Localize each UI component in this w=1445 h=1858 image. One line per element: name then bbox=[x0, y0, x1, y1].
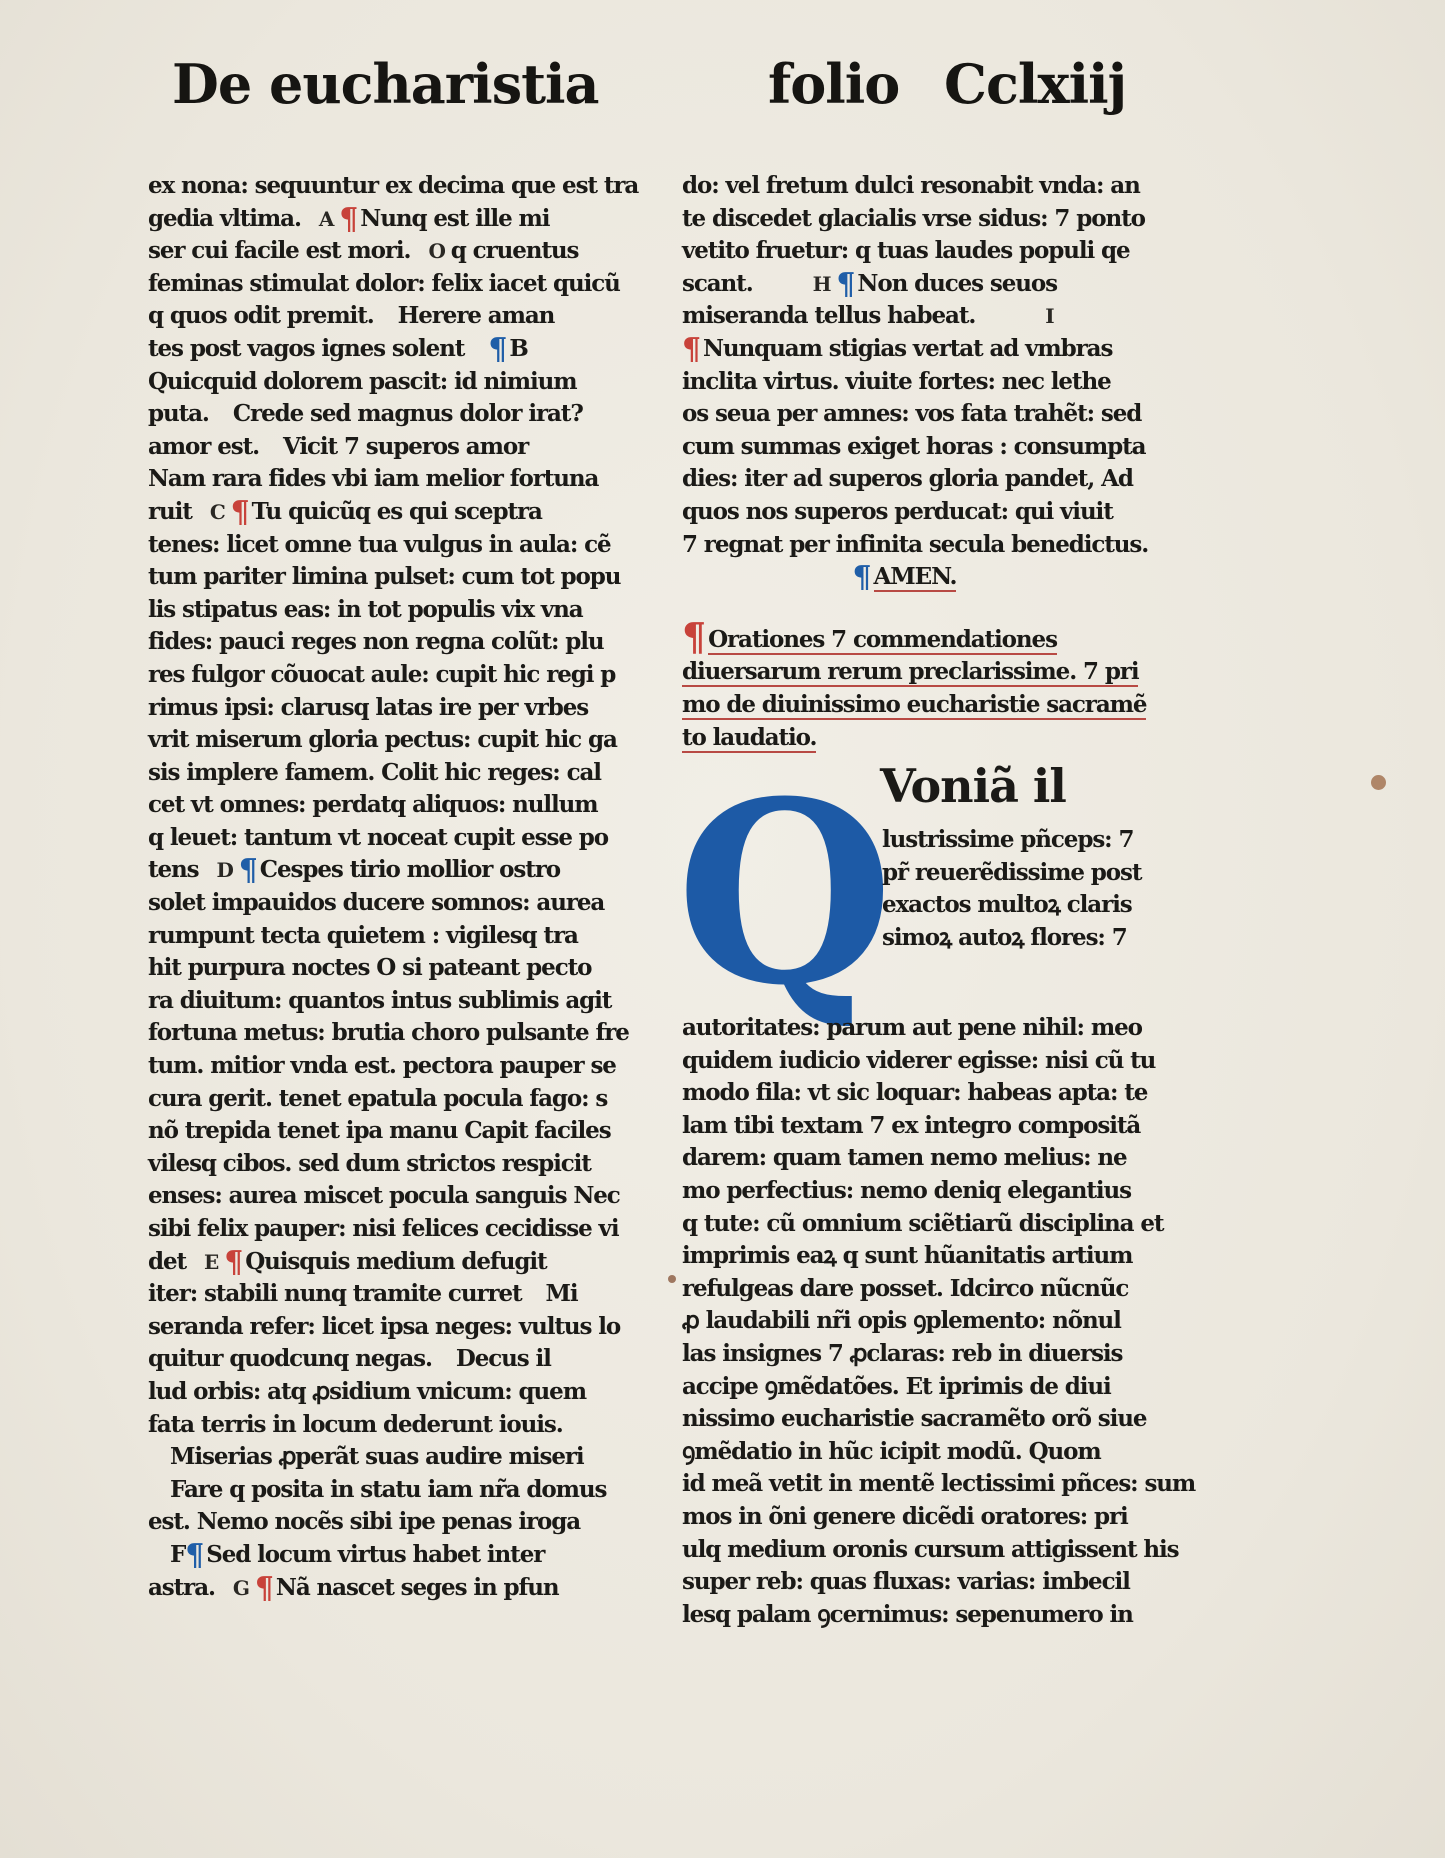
line-text: vetito fruetur: q tuas laudes populi qe bbox=[682, 237, 1130, 264]
text-line: q leuet: tantum vt noceat cupit esse po bbox=[148, 822, 593, 855]
text-line: hit purpura noctes O si pateant pecto bbox=[148, 952, 593, 985]
line-text: rimus ipsi: clarusq latas ire per vrbes bbox=[148, 694, 588, 721]
line-text: mos in õni genere dicẽdi oratores: pri bbox=[682, 1503, 1128, 1530]
text-line: imprimis eaꝝ q sunt hũanitatis artium bbox=[682, 1240, 1127, 1273]
line-text: Cespes tirio mollior ostro bbox=[260, 856, 560, 883]
line-text: do: vel fretum dulci resonabit vnda: an bbox=[682, 172, 1140, 199]
text-line: tum pariter limina pulset: cum tot popu bbox=[148, 561, 593, 594]
line-text: Decus il bbox=[456, 1345, 551, 1372]
guide-letter: B bbox=[509, 335, 527, 362]
text-line: dies: iter ad superos gloria pandet, Ad bbox=[682, 463, 1127, 496]
text-line: astra.G¶Nã nascet seges in pfun bbox=[148, 1572, 593, 1605]
line-text: lustrissime pñceps: 7 bbox=[882, 826, 1133, 853]
text-line: vilesq cibos. sed dum strictos respicit bbox=[148, 1148, 593, 1181]
text-line: exactos multoꝝ claris bbox=[882, 889, 1141, 922]
line-text: Fare q posita in statu iam nr̃a domus bbox=[170, 1476, 606, 1503]
line-text: 7 regnat per infinita secula benedictus. bbox=[682, 531, 1148, 558]
text-line: Nam rara fides vbi iam melior fortuna bbox=[148, 463, 593, 496]
line-text: las insignes 7 ꝓclaras: reb in diuersis bbox=[682, 1340, 1122, 1367]
red-paragraph-mark-icon: ¶ bbox=[682, 627, 705, 647]
line-text: vrit miserum gloria pectus: cupit hic ga bbox=[148, 726, 617, 753]
text-line: mos in õni genere dicẽdi oratores: pri bbox=[682, 1501, 1127, 1534]
rubric-heading-line: diuersarum rerum preclarissime. 7 pri bbox=[682, 656, 1127, 689]
blue-initial-q: Q bbox=[676, 778, 893, 1008]
line-text: ser cui facile est mori. bbox=[148, 237, 410, 264]
line-text: Miserias ꝓperãt suas audire miseri bbox=[170, 1443, 584, 1470]
text-line: lud orbis: atq ꝓsidium vnicum: quem bbox=[148, 1376, 593, 1409]
line-text: tens bbox=[148, 856, 199, 883]
line-text: q cruentus bbox=[451, 237, 579, 264]
line-text: pr̃ reuerẽdissime post bbox=[882, 859, 1141, 886]
guide-letter: G bbox=[233, 1576, 249, 1600]
text-line: lis stipatus eas: in tot populis vix vna bbox=[148, 594, 593, 627]
line-text: vilesq cibos. sed dum strictos respicit bbox=[148, 1150, 591, 1177]
guide-letter: E bbox=[204, 1250, 218, 1274]
guide-letter: F bbox=[170, 1541, 185, 1568]
text-line: ulq medium oronis cursum attigissent his bbox=[682, 1534, 1127, 1567]
line-text: rumpunt tecta quietem : vigilesq tra bbox=[148, 922, 578, 949]
line-text: ulq medium oronis cursum attigissent his bbox=[682, 1536, 1178, 1563]
line-text: q leuet: tantum vt noceat cupit esse po bbox=[148, 824, 608, 851]
text-line: inclita virtus. viuite fortes: nec lethe bbox=[682, 366, 1127, 399]
text-line: nissimo eucharistie sacramẽto orõ siue bbox=[682, 1403, 1127, 1436]
text-line: est. Nemo nocẽs sibi ipe penas iroga bbox=[148, 1506, 593, 1539]
guide-letter: O bbox=[428, 239, 444, 263]
text-line: 7 regnat per infinita secula benedictus. bbox=[682, 529, 1127, 562]
line-text: Vicit 7 superos amor bbox=[283, 433, 528, 460]
text-line: id meã vetit in mentẽ lectissimi pñces: … bbox=[682, 1468, 1127, 1501]
blue-paragraph-mark-icon: ¶ bbox=[853, 568, 871, 588]
red-paragraph-mark-icon: ¶ bbox=[231, 503, 249, 523]
line-text: exactos multoꝝ claris bbox=[882, 891, 1132, 918]
line-text: fides: pauci reges non regna colũt: plu bbox=[148, 628, 604, 655]
text-line: F¶Sed locum virtus habet inter bbox=[148, 1539, 593, 1572]
text-line: tum. mitior vnda est. pectora pauper se bbox=[148, 1050, 593, 1083]
text-line: quitur quodcunq negas.Decus il bbox=[148, 1343, 593, 1376]
rubric-heading-line: ¶Orationes 7 commendationes bbox=[682, 624, 1127, 657]
text-line: ruitC¶Tu quicũq es qui sceptra bbox=[148, 496, 593, 529]
blue-paragraph-mark-icon: ¶ bbox=[185, 1546, 203, 1566]
text-line: simoꝝ autoꝝ flores: 7 bbox=[882, 922, 1141, 955]
line-text: cet vt omnes: perdatq aliquos: nullum bbox=[148, 791, 598, 818]
text-line: vetito fruetur: q tuas laudes populi qe bbox=[682, 235, 1127, 268]
red-paragraph-mark-icon: ¶ bbox=[339, 210, 357, 230]
folio-label: folio bbox=[768, 52, 899, 116]
text-line: ꝯmẽdatio in hũc icipit modũ. Quom bbox=[682, 1436, 1127, 1469]
line-text: quos nos superos perducat: qui viuit bbox=[682, 498, 1113, 525]
line-text: cura gerit. tenet epatula pocula fago: s bbox=[148, 1085, 607, 1112]
line-text: mo perfectius: nemo deniq elegantius bbox=[682, 1177, 1131, 1204]
guide-letter: A bbox=[319, 207, 333, 231]
incunable-page: De eucharistia folio Cclxiij ex nona: se… bbox=[0, 0, 1445, 1858]
line-text: ꝓ laudabili nr̃i opis ꝯplemento: nõnul bbox=[682, 1307, 1121, 1334]
dropcap-wrapped-lines: lustrissime pñceps: 7 pr̃ reuerẽdissime … bbox=[882, 824, 1141, 954]
line-text: id meã vetit in mentẽ lectissimi pñces: … bbox=[682, 1470, 1195, 1497]
line-text: tum. mitior vnda est. pectora pauper se bbox=[148, 1052, 616, 1079]
text-line: ser cui facile est mori.Oq cruentus bbox=[148, 235, 593, 268]
line-text: res fulgor cõuocat aule: cupit hic regi … bbox=[148, 661, 615, 688]
text-line: pr̃ reuerẽdissime post bbox=[882, 857, 1141, 890]
amen-text: AMEN. bbox=[874, 563, 957, 592]
text-line: fortuna metus: brutia choro pulsante fre bbox=[148, 1017, 593, 1050]
text-line: lesq palam ꝯcernimus: sepenumero in bbox=[682, 1599, 1127, 1632]
line-text: amor est. bbox=[148, 433, 259, 460]
text-line: miseranda tellus habeat.I bbox=[682, 300, 1127, 333]
line-text: inclita virtus. viuite fortes: nec lethe bbox=[682, 368, 1111, 395]
text-line: Miserias ꝓperãt suas audire miseri bbox=[148, 1441, 593, 1474]
line-text: Sed locum virtus habet inter bbox=[206, 1541, 544, 1568]
line-text: feminas stimulat dolor: felix iacet quic… bbox=[148, 270, 620, 297]
blue-paragraph-mark-icon: ¶ bbox=[488, 340, 506, 360]
heading-text: diuersarum rerum preclarissime. 7 pri bbox=[682, 658, 1138, 687]
text-line: solet impauidos ducere somnos: aurea bbox=[148, 887, 593, 920]
right-text-column: do: vel fretum dulci resonabit vnda: an … bbox=[682, 170, 1127, 1631]
line-text: lud orbis: atq ꝓsidium vnicum: quem bbox=[148, 1378, 586, 1405]
text-line: nõ trepida tenet ipa manu Capit faciles bbox=[148, 1115, 593, 1148]
text-line: rumpunt tecta quietem : vigilesq tra bbox=[148, 920, 593, 953]
line-text: solet impauidos ducere somnos: aurea bbox=[148, 889, 604, 916]
line-text: imprimis eaꝝ q sunt hũanitatis artium bbox=[682, 1242, 1132, 1269]
left-text-column: ex nona: sequuntur ex decima que est tra… bbox=[148, 170, 593, 1604]
text-line: sis implere famem. Colit hic reges: cal bbox=[148, 757, 593, 790]
line-text: lis stipatus eas: in tot populis vix vna bbox=[148, 596, 583, 623]
text-line: tensD¶Cespes tirio mollior ostro bbox=[148, 854, 593, 887]
text-line: sibi felix pauper: nisi felices cecidiss… bbox=[148, 1213, 593, 1246]
text-line: gedia vltima.A¶Nunq est ille mi bbox=[148, 203, 593, 236]
line-text: os seua per amnes: vos fata trahẽt: sed bbox=[682, 400, 1141, 427]
text-line: rimus ipsi: clarusq latas ire per vrbes bbox=[148, 692, 593, 725]
heading-text: mo de diuinissimo eucharistie sacramẽ bbox=[682, 691, 1146, 720]
text-line: detE¶Quisquis medium defugit bbox=[148, 1246, 593, 1279]
text-line: fata terris in locum dederunt iouis. bbox=[148, 1409, 593, 1442]
line-text: lam tibi textam 7 ex integro compositã bbox=[682, 1112, 1140, 1139]
line-text: fortuna metus: brutia choro pulsante fre bbox=[148, 1019, 629, 1046]
text-line: autoritates: parum aut pene nihil: meo bbox=[682, 1012, 1127, 1045]
paper-stain bbox=[1371, 775, 1386, 790]
line-text: enses: aurea miscet pocula sanguis Nec bbox=[148, 1182, 620, 1209]
text-line: Quicquid dolorem pascit: id nimium bbox=[148, 366, 593, 399]
line-text: ꝯmẽdatio in hũc icipit modũ. Quom bbox=[682, 1438, 1101, 1465]
spacer bbox=[682, 594, 1127, 624]
line-text: autoritates: parum aut pene nihil: meo bbox=[682, 1014, 1142, 1041]
text-line: lam tibi textam 7 ex integro compositã bbox=[682, 1110, 1127, 1143]
amen-line: ¶AMEN. bbox=[682, 561, 1127, 594]
line-text: cum summas exiget horas : consumpta bbox=[682, 433, 1145, 460]
line-text: tes post vagos ignes solent bbox=[148, 335, 464, 362]
text-line: tes post vagos ignes solent¶B bbox=[148, 333, 593, 366]
line-text: super reb: quas fluxas: varias: imbecil bbox=[682, 1568, 1130, 1595]
line-text: miseranda tellus habeat. bbox=[682, 302, 975, 329]
heading-text: Orationes 7 commendationes bbox=[708, 626, 1057, 655]
text-line: ex nona: sequuntur ex decima que est tra bbox=[148, 170, 593, 203]
line-text: Crede sed magnus dolor irat? bbox=[233, 400, 583, 427]
line-text: det bbox=[148, 1248, 186, 1275]
red-paragraph-mark-icon: ¶ bbox=[255, 1579, 273, 1599]
text-line: ra diuitum: quantos intus sublimis agit bbox=[148, 985, 593, 1018]
text-line: os seua per amnes: vos fata trahẽt: sed bbox=[682, 398, 1127, 431]
rubric-heading-line: mo de diuinissimo eucharistie sacramẽ bbox=[682, 689, 1127, 722]
running-head-title: De eucharistia bbox=[172, 52, 599, 116]
line-text: q quos odit premit. bbox=[148, 302, 374, 329]
text-line: fides: pauci reges non regna colũt: plu bbox=[148, 626, 593, 659]
line-text: est. Nemo nocẽs sibi ipe penas iroga bbox=[148, 1508, 580, 1535]
text-line: amor est.Vicit 7 superos amor bbox=[148, 431, 593, 464]
guide-letter: D bbox=[217, 858, 233, 882]
text-line: cet vt omnes: perdatq aliquos: nullum bbox=[148, 789, 593, 822]
line-text: scant. bbox=[682, 270, 753, 297]
text-line: vrit miserum gloria pectus: cupit hic ga bbox=[148, 724, 593, 757]
line-text: ex nona: sequuntur ex decima que est tra bbox=[148, 172, 638, 199]
line-text: refulgeas dare posset. Idcirco nũcnũc bbox=[682, 1275, 1128, 1302]
text-line: las insignes 7 ꝓclaras: reb in diuersis bbox=[682, 1338, 1127, 1371]
line-text: Nam rara fides vbi iam melior fortuna bbox=[148, 465, 598, 492]
text-line: cura gerit. tenet epatula pocula fago: s bbox=[148, 1083, 593, 1116]
line-text: O si pateant pecto bbox=[376, 954, 591, 981]
line-text: hit purpura noctes bbox=[148, 954, 369, 981]
text-line: puta.Crede sed magnus dolor irat? bbox=[148, 398, 593, 431]
line-text: quitur quodcunq negas. bbox=[148, 1345, 432, 1372]
line-text: sibi felix pauper: nisi felices cecidiss… bbox=[148, 1215, 618, 1242]
line-text: darem: quam tamen nemo melius: ne bbox=[682, 1144, 1127, 1171]
text-line: Fare q posita in statu iam nr̃a domus bbox=[148, 1474, 593, 1507]
line-text: nissimo eucharistie sacramẽto orõ siue bbox=[682, 1405, 1146, 1432]
text-line: scant.H¶Non duces seuos bbox=[682, 268, 1127, 301]
line-text: Non duces seuos bbox=[857, 270, 1057, 297]
text-line: modo fila: vt sic loquar: habeas apta: t… bbox=[682, 1077, 1127, 1110]
dropcap-block: Q Voniã il lustrissime pñceps: 7 pr̃ reu… bbox=[682, 784, 1127, 1012]
text-line: iter: stabili nunq tramite curretMi bbox=[148, 1278, 593, 1311]
text-line: quidem iudicio viderer egisse: nisi cũ t… bbox=[682, 1045, 1127, 1078]
line-text: Quicquid dolorem pascit: id nimium bbox=[148, 368, 577, 395]
text-line: lustrissime pñceps: 7 bbox=[882, 824, 1141, 857]
guide-letter: H bbox=[813, 272, 831, 296]
text-line: tenes: licet omne tua vulgus in aula: cẽ bbox=[148, 529, 593, 562]
line-text: tum pariter limina pulset: cum tot popu bbox=[148, 563, 620, 590]
red-paragraph-mark-icon: ¶ bbox=[682, 340, 700, 360]
line-text: modo fila: vt sic loquar: habeas apta: t… bbox=[682, 1079, 1147, 1106]
guide-letter: I bbox=[1045, 304, 1053, 328]
text-line: cum summas exiget horas : consumpta bbox=[682, 431, 1127, 464]
line-text: lesq palam ꝯcernimus: sepenumero in bbox=[682, 1601, 1133, 1628]
line-text: te discedet glacialis vrse sidus: 7 pont… bbox=[682, 205, 1145, 232]
line-text: seranda refer: licet ipsa neges: vultus … bbox=[148, 1313, 620, 1340]
text-line: super reb: quas fluxas: varias: imbecil bbox=[682, 1566, 1127, 1599]
text-line: te discedet glacialis vrse sidus: 7 pont… bbox=[682, 203, 1127, 236]
text-line: enses: aurea miscet pocula sanguis Nec bbox=[148, 1180, 593, 1213]
line-text: accipe ꝯmẽdatões. Et iprimis de diui bbox=[682, 1373, 1111, 1400]
line-text: sis implere famem. Colit hic reges: cal bbox=[148, 759, 601, 786]
text-line: q tute: cũ omnium sciẽtiarũ disciplina e… bbox=[682, 1208, 1127, 1241]
red-paragraph-mark-icon: ¶ bbox=[224, 1253, 242, 1273]
text-line: refulgeas dare posset. Idcirco nũcnũc bbox=[682, 1273, 1127, 1306]
line-text: Mi bbox=[546, 1280, 578, 1307]
guide-letter: C bbox=[210, 500, 225, 524]
line-text: fata terris in locum dederunt iouis. bbox=[148, 1411, 563, 1438]
line-text: puta. bbox=[148, 400, 209, 427]
line-text: gedia vltima. bbox=[148, 205, 301, 232]
paper-stain bbox=[668, 1275, 676, 1283]
line-text: q tute: cũ omnium sciẽtiarũ disciplina e… bbox=[682, 1210, 1163, 1237]
line-text: Tu quicũq es qui sceptra bbox=[252, 498, 542, 525]
line-text: tenes: licet omne tua vulgus in aula: cẽ bbox=[148, 531, 611, 558]
line-text: ruit bbox=[148, 498, 192, 525]
text-line: do: vel fretum dulci resonabit vnda: an bbox=[682, 170, 1127, 203]
line-text: ra diuitum: quantos intus sublimis agit bbox=[148, 987, 611, 1014]
text-line: accipe ꝯmẽdatões. Et iprimis de diui bbox=[682, 1371, 1127, 1404]
blue-paragraph-mark-icon: ¶ bbox=[239, 861, 257, 881]
line-text: iter: stabili nunq tramite curret bbox=[148, 1280, 522, 1307]
opening-word: Voniã il bbox=[880, 770, 1066, 803]
line-text: dies: iter ad superos gloria pandet, Ad bbox=[682, 465, 1133, 492]
text-line: quos nos superos perducat: qui viuit bbox=[682, 496, 1127, 529]
line-text: simoꝝ autoꝝ flores: 7 bbox=[882, 924, 1127, 951]
text-line: seranda refer: licet ipsa neges: vultus … bbox=[148, 1311, 593, 1344]
text-line: feminas stimulat dolor: felix iacet quic… bbox=[148, 268, 593, 301]
line-text: quidem iudicio viderer egisse: nisi cũ t… bbox=[682, 1047, 1155, 1074]
line-text: Herere aman bbox=[398, 302, 555, 329]
text-line: ¶Nunquam stigias vertat ad vmbras bbox=[682, 333, 1127, 366]
text-line: darem: quam tamen nemo melius: ne bbox=[682, 1142, 1127, 1175]
line-text: Nunquam stigias vertat ad vmbras bbox=[703, 335, 1112, 362]
line-text: nõ trepida tenet ipa manu Capit faciles bbox=[148, 1117, 611, 1144]
text-line: mo perfectius: nemo deniq elegantius bbox=[682, 1175, 1127, 1208]
line-text: Quisquis medium defugit bbox=[245, 1248, 546, 1275]
line-text: Nã nascet seges in pfun bbox=[276, 1574, 559, 1601]
line-text: astra. bbox=[148, 1574, 215, 1601]
folio-number: Cclxiij bbox=[944, 52, 1126, 116]
line-text: Nunq est ille mi bbox=[360, 205, 549, 232]
blue-paragraph-mark-icon: ¶ bbox=[836, 275, 854, 295]
text-line: q quos odit premit.Herere aman bbox=[148, 300, 593, 333]
text-line: res fulgor cõuocat aule: cupit hic regi … bbox=[148, 659, 593, 692]
text-line: ꝓ laudabili nr̃i opis ꝯplemento: nõnul bbox=[682, 1305, 1127, 1338]
